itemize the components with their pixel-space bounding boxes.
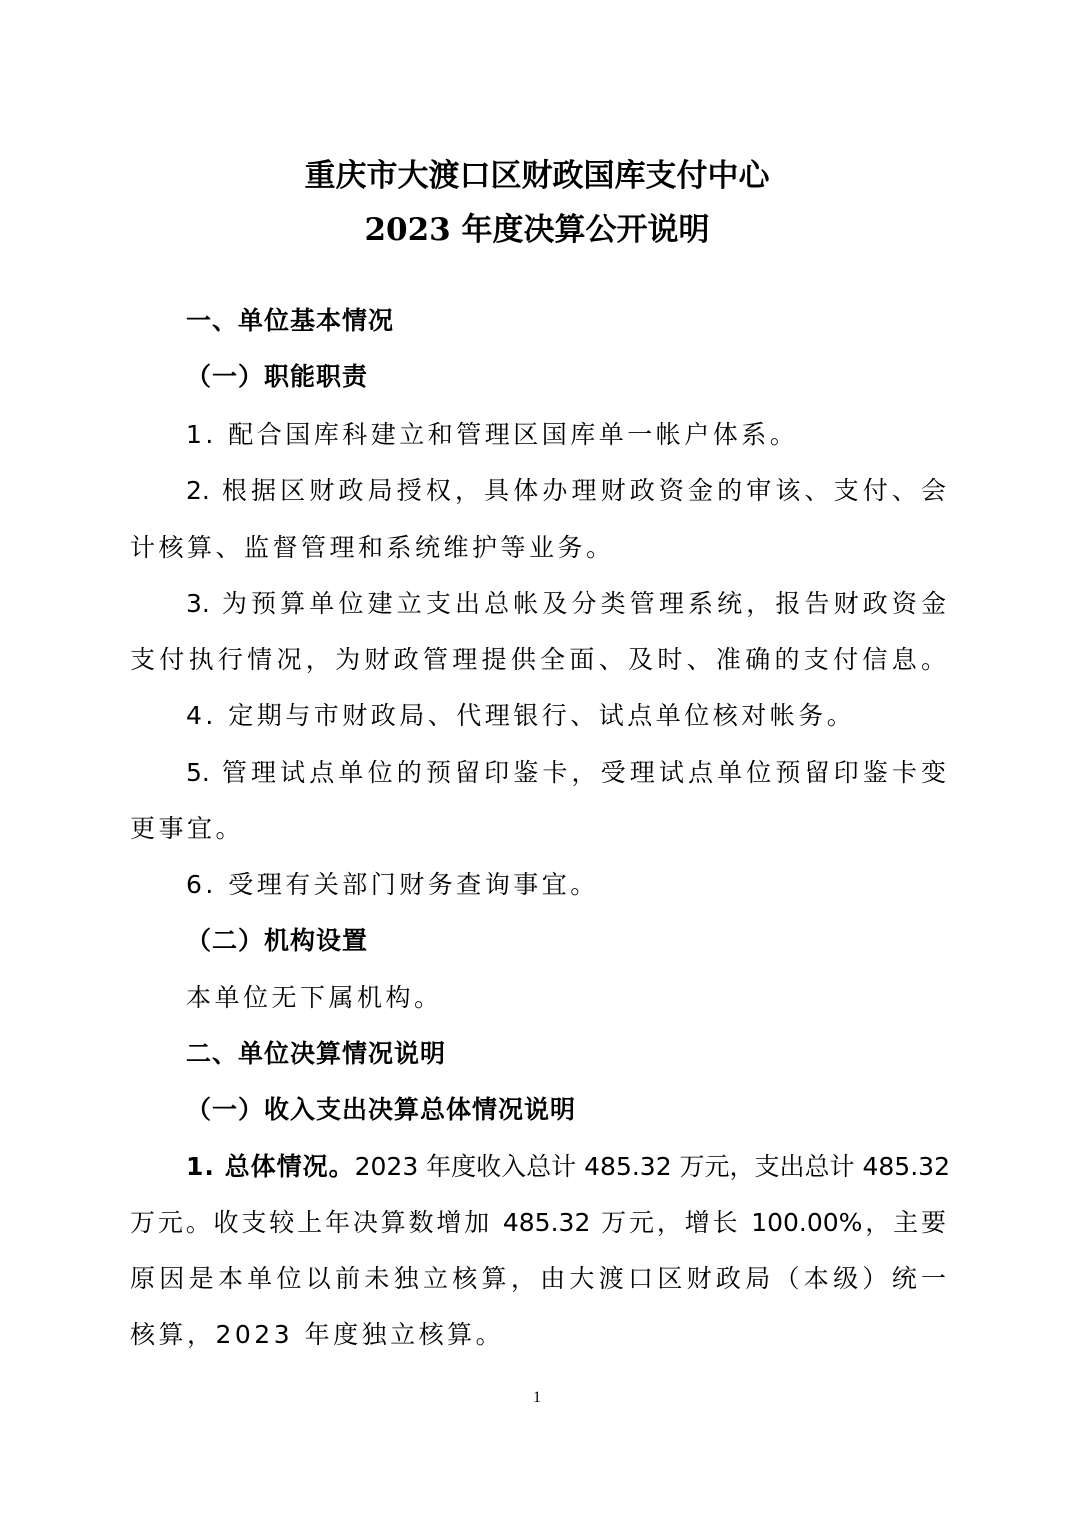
duty-item-6: 6. 受理有关部门财务查询事宜。 <box>186 867 946 903</box>
duty-item-5-line2: 更事宜。 <box>130 811 946 847</box>
document-title-line1: 重庆市大渡口区财政国库支付中心 <box>0 156 1074 196</box>
overall-line1-text: 2023 年度收入总计 485.32 万元，支出总计 485.32 <box>355 1152 950 1181</box>
duty-item-1: 1. 配合国库科建立和管理区国库单一帐户体系。 <box>186 417 946 453</box>
duty-item-4: 4. 定期与市财政局、代理银行、试点单位核对帐务。 <box>186 698 946 734</box>
overall-paragraph-line4: 核算，2023 年度独立核算。 <box>130 1317 946 1353</box>
subsection-heading-duties: （一）职能职责 <box>186 359 946 395</box>
overall-paragraph-line2: 万元。收支较上年决算数增加 485.32 万元，增长 100.00%，主要 <box>130 1205 946 1241</box>
subsection-heading-overall-income-expense: （一）收入支出决算总体情况说明 <box>186 1092 946 1128</box>
section-heading-basic-info: 一、单位基本情况 <box>186 303 946 339</box>
page-number: 1 <box>0 1388 1074 1408</box>
duty-item-2-line2: 计核算、监督管理和系统维护等业务。 <box>130 530 946 566</box>
document-title-line2: 2023 年度决算公开说明 <box>0 210 1074 250</box>
duty-item-3-line1: 3. 为预算单位建立支出总帐及分类管理系统，报告财政资金 <box>186 586 946 622</box>
duty-item-5-line1: 5. 管理试点单位的预留印鉴卡，受理试点单位预留印鉴卡变 <box>186 755 946 791</box>
overall-label: 1. 总体情况。 <box>186 1152 355 1181</box>
subsection-heading-organization: （二）机构设置 <box>186 923 946 959</box>
section-heading-final-accounts: 二、单位决算情况说明 <box>186 1036 946 1072</box>
organization-body: 本单位无下属机构。 <box>186 980 946 1016</box>
overall-paragraph-line1: 1. 总体情况。2023 年度收入总计 485.32 万元，支出总计 485.3… <box>186 1149 946 1185</box>
duty-item-2-line1: 2. 根据区财政局授权，具体办理财政资金的审该、支付、会 <box>186 473 946 509</box>
duty-item-3-line2: 支付执行情况，为财政管理提供全面、及时、准确的支付信息。 <box>130 642 946 678</box>
overall-paragraph-line3: 原因是本单位以前未独立核算，由大渡口区财政局（本级）统一 <box>130 1261 946 1297</box>
document-page: 重庆市大渡口区财政国库支付中心 2023 年度决算公开说明 一、单位基本情况 （… <box>0 0 1074 1520</box>
